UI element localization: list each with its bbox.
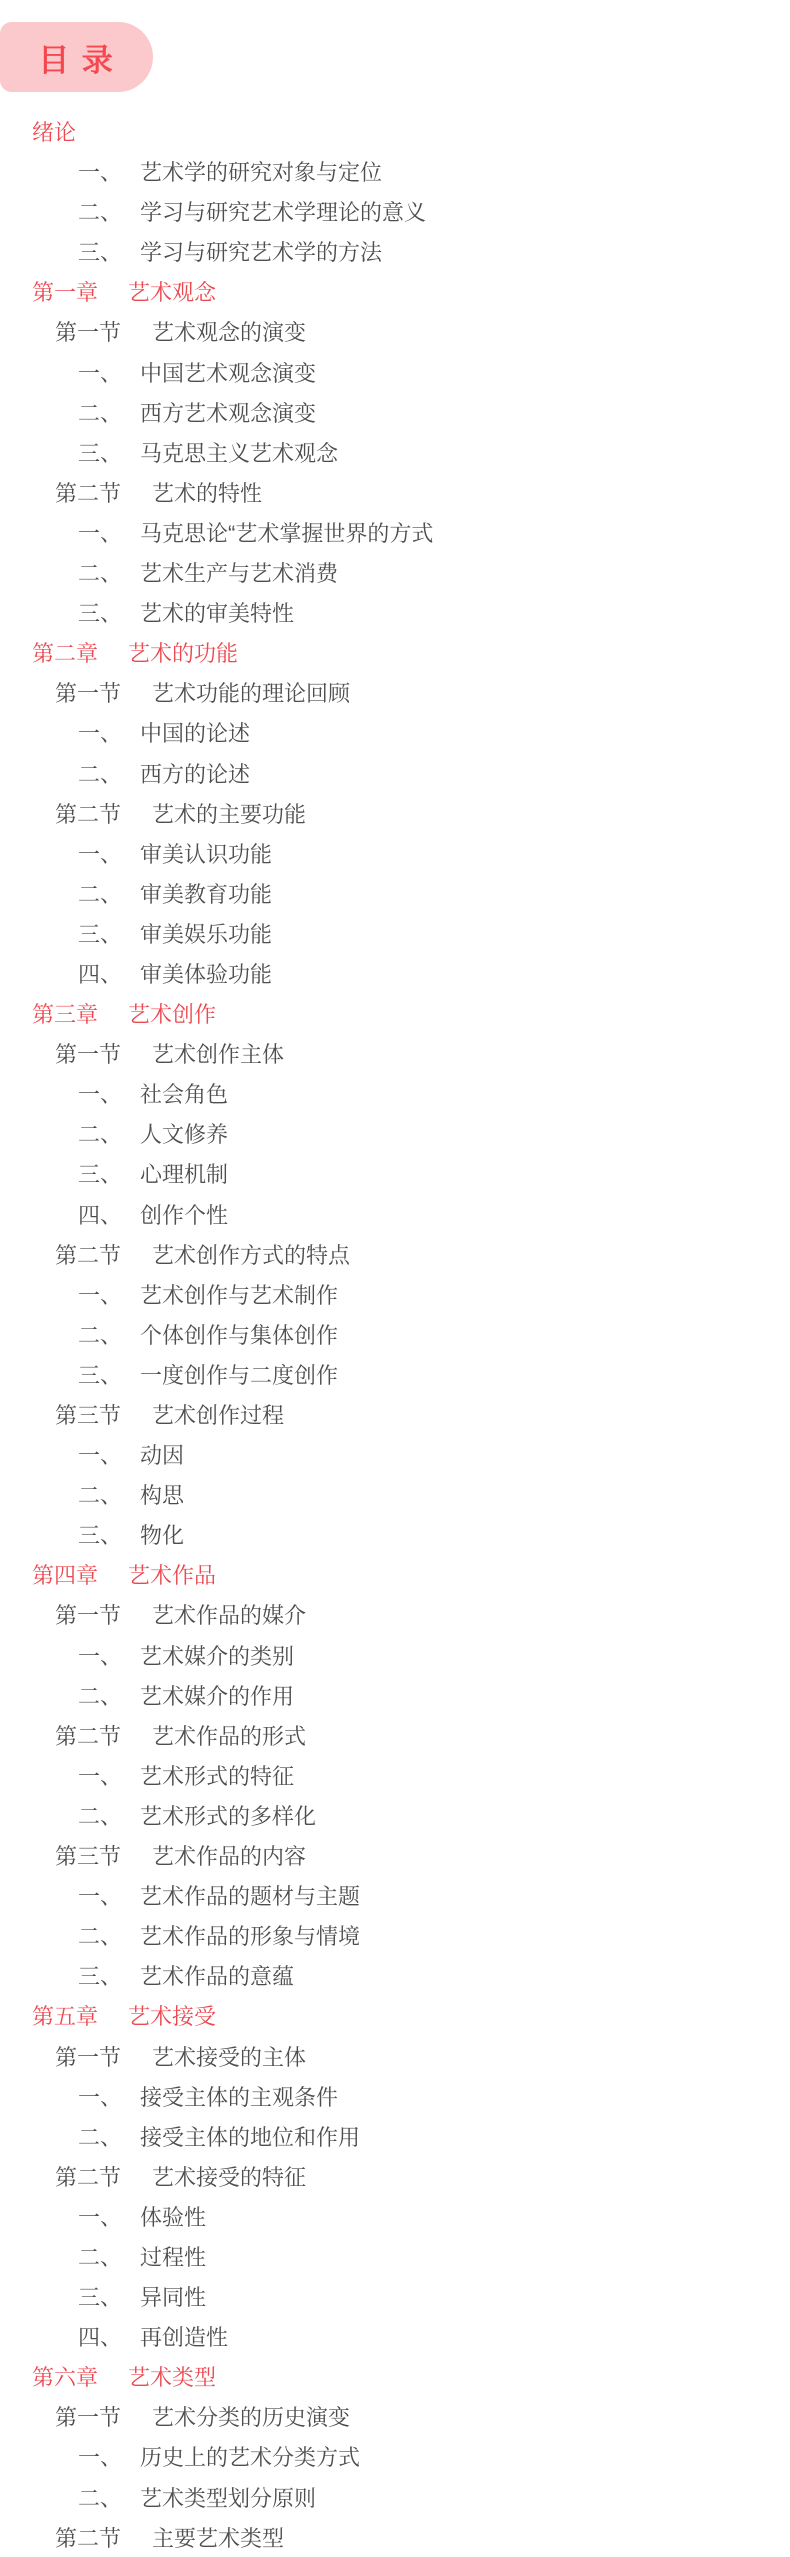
toc-row-section: 第一节艺术创作主体 xyxy=(0,1035,790,1075)
toc-entry-title: 西方艺术观念演变 xyxy=(140,394,316,434)
toc-row-item: 二、艺术类型划分原则 xyxy=(0,2479,790,2519)
toc-entry-title: 艺术形式的多样化 xyxy=(140,1797,316,1837)
toc-entry-title: 艺术接受的主体 xyxy=(152,2038,306,2078)
toc-entry-number: 第一章 xyxy=(32,273,128,313)
toc-entry-number: 二、 xyxy=(78,2238,140,2278)
toc-entry-number: 第一节 xyxy=(55,1035,152,1075)
toc-entry-title: 审美认识功能 xyxy=(140,835,272,875)
toc-row-item: 三、心理机制 xyxy=(0,1155,790,1195)
toc-entry-title: 艺术创作与艺术制作 xyxy=(140,1276,338,1316)
toc-entry-number: 三、 xyxy=(78,594,140,634)
toc-entry-number: 二、 xyxy=(78,1476,140,1516)
toc-entry-number: 二、 xyxy=(78,1797,140,1837)
toc-entry-title: 艺术作品的形象与情境 xyxy=(140,1917,360,1957)
toc-row-chapter: 第四章艺术作品 xyxy=(0,1556,790,1596)
toc-entry-title: 艺术的功能 xyxy=(128,634,238,674)
toc-entry-title: 艺术创作主体 xyxy=(152,1035,284,1075)
toc-row-item: 二、过程性 xyxy=(0,2238,790,2278)
toc-row-item: 一、社会角色 xyxy=(0,1075,790,1115)
toc-entry-number: 二、 xyxy=(78,1677,140,1717)
toc-entry-title: 艺术的审美特性 xyxy=(140,594,294,634)
toc-entry-number: 三、 xyxy=(78,233,140,273)
toc-entry-title: 艺术形式的特征 xyxy=(140,1757,294,1797)
toc-entry-number: 第一节 xyxy=(55,674,152,714)
toc-entry-number: 一、 xyxy=(78,2078,140,2118)
toc-entry-title: 马克思论“艺术掌握世界的方式 xyxy=(140,514,433,554)
table-of-contents: 绪论一、艺术学的研究对象与定位二、学习与研究艺术学理论的意义三、学习与研究艺术学… xyxy=(0,113,790,2557)
toc-row-item: 二、接受主体的地位和作用 xyxy=(0,2118,790,2158)
toc-entry-number: 第三节 xyxy=(55,1837,152,1877)
toc-entry-title: 艺术作品的意蕴 xyxy=(140,1957,294,1997)
toc-entry-title: 西方的论述 xyxy=(140,755,250,795)
toc-entry-number: 二、 xyxy=(78,875,140,915)
toc-entry-title: 人文修养 xyxy=(140,1115,228,1155)
toc-entry-number: 第三章 xyxy=(32,995,128,1035)
toc-row-item: 一、体验性 xyxy=(0,2198,790,2238)
toc-entry-title: 学习与研究艺术学的方法 xyxy=(140,233,382,273)
toc-entry-title: 艺术创作 xyxy=(128,995,216,1035)
toc-entry-number: 一、 xyxy=(78,1075,140,1115)
toc-header-pill: 目 录 xyxy=(0,22,153,92)
toc-entry-number: 一、 xyxy=(78,835,140,875)
toc-entry-title: 再创造性 xyxy=(140,2318,228,2358)
toc-entry-number: 一、 xyxy=(78,1436,140,1476)
toc-row-section: 第二节艺术的特性 xyxy=(0,474,790,514)
toc-row-item: 一、艺术学的研究对象与定位 xyxy=(0,153,790,193)
toc-row-section: 第一节艺术作品的媒介 xyxy=(0,1596,790,1636)
toc-row-item: 二、审美教育功能 xyxy=(0,875,790,915)
toc-row-item: 二、艺术媒介的作用 xyxy=(0,1677,790,1717)
toc-row-item: 一、艺术创作与艺术制作 xyxy=(0,1276,790,1316)
toc-row-item: 一、马克思论“艺术掌握世界的方式 xyxy=(0,514,790,554)
toc-entry-title: 构思 xyxy=(140,1476,184,1516)
toc-row-item: 二、人文修养 xyxy=(0,1115,790,1155)
toc-row-section: 第一节艺术接受的主体 xyxy=(0,2038,790,2078)
toc-entry-number: 三、 xyxy=(78,434,140,474)
toc-row-item: 一、中国的论述 xyxy=(0,714,790,754)
toc-entry-number: 二、 xyxy=(78,755,140,795)
toc-entry-title: 艺术作品 xyxy=(128,1556,216,1596)
toc-row-item: 二、个体创作与集体创作 xyxy=(0,1316,790,1356)
toc-row-item: 三、艺术的审美特性 xyxy=(0,594,790,634)
toc-entry-title: 艺术类型划分原则 xyxy=(140,2479,316,2519)
toc-entry-title: 中国的论述 xyxy=(140,714,250,754)
toc-entry-title: 社会角色 xyxy=(140,1075,228,1115)
toc-entry-title: 学习与研究艺术学理论的意义 xyxy=(140,193,426,233)
toc-entry-number: 第二节 xyxy=(55,2519,152,2557)
toc-entry-number: 第一节 xyxy=(55,2038,152,2078)
toc-entry-number: 三、 xyxy=(78,1957,140,1997)
toc-entry-number: 一、 xyxy=(78,354,140,394)
toc-entry-title: 动因 xyxy=(140,1436,184,1476)
toc-row-section: 第二节艺术接受的特征 xyxy=(0,2158,790,2198)
toc-entry-title: 物化 xyxy=(140,1516,184,1556)
toc-row-chapter: 第六章艺术类型 xyxy=(0,2358,790,2398)
toc-entry-title: 艺术的特性 xyxy=(152,474,262,514)
toc-entry-number: 一、 xyxy=(78,1877,140,1917)
toc-entry-number: 一、 xyxy=(78,2438,140,2478)
toc-row-item: 三、一度创作与二度创作 xyxy=(0,1356,790,1396)
toc-entry-title: 个体创作与集体创作 xyxy=(140,1316,338,1356)
toc-entry-number: 第五章 xyxy=(32,1997,128,2037)
toc-row-item: 一、接受主体的主观条件 xyxy=(0,2078,790,2118)
toc-entry-title: 接受主体的地位和作用 xyxy=(140,2118,360,2158)
toc-entry-number: 第六章 xyxy=(32,2358,128,2398)
toc-entry-title: 艺术学的研究对象与定位 xyxy=(140,153,382,193)
toc-entry-number: 二、 xyxy=(78,1917,140,1957)
toc-entry-number: 第二节 xyxy=(55,2158,152,2198)
toc-entry-title: 创作个性 xyxy=(140,1196,228,1236)
toc-entry-title: 艺术媒介的作用 xyxy=(140,1677,294,1717)
toc-entry-number: 三、 xyxy=(78,1516,140,1556)
toc-entry-title: 主要艺术类型 xyxy=(152,2519,284,2557)
toc-entry-number: 一、 xyxy=(78,714,140,754)
toc-row-item: 四、审美体验功能 xyxy=(0,955,790,995)
toc-row-item: 一、动因 xyxy=(0,1436,790,1476)
toc-entry-title: 艺术作品的题材与主题 xyxy=(140,1877,360,1917)
toc-row-item: 二、西方的论述 xyxy=(0,755,790,795)
toc-entry-title: 中国艺术观念演变 xyxy=(140,354,316,394)
toc-row-section: 第三节艺术作品的内容 xyxy=(0,1837,790,1877)
toc-entry-title: 艺术分类的历史演变 xyxy=(152,2398,350,2438)
toc-row-section: 第二节艺术的主要功能 xyxy=(0,795,790,835)
toc-entry-title: 艺术生产与艺术消费 xyxy=(140,554,338,594)
toc-row-item: 二、艺术作品的形象与情境 xyxy=(0,1917,790,1957)
toc-entry-title: 艺术作品的媒介 xyxy=(152,1596,306,1636)
toc-entry-number: 一、 xyxy=(78,2198,140,2238)
toc-entry-number: 三、 xyxy=(78,1356,140,1396)
toc-row-item: 一、中国艺术观念演变 xyxy=(0,354,790,394)
toc-entry-number: 二、 xyxy=(78,193,140,233)
toc-row-item: 二、艺术生产与艺术消费 xyxy=(0,554,790,594)
toc-row-item: 四、再创造性 xyxy=(0,2318,790,2358)
toc-entry-title: 过程性 xyxy=(140,2238,206,2278)
toc-row-item: 一、历史上的艺术分类方式 xyxy=(0,2438,790,2478)
toc-entry-number: 一、 xyxy=(78,1276,140,1316)
toc-row-section: 第一节艺术分类的历史演变 xyxy=(0,2398,790,2438)
toc-row-item: 一、艺术作品的题材与主题 xyxy=(0,1877,790,1917)
toc-entry-title: 接受主体的主观条件 xyxy=(140,2078,338,2118)
toc-entry-number: 一、 xyxy=(78,1757,140,1797)
toc-entry-title: 异同性 xyxy=(140,2278,206,2318)
toc-entry-number: 二、 xyxy=(78,394,140,434)
toc-entry-number: 三、 xyxy=(78,2278,140,2318)
toc-entry-title: 艺术观念的演变 xyxy=(152,313,306,353)
toc-row-section: 第一节艺术观念的演变 xyxy=(0,313,790,353)
toc-entry-title: 心理机制 xyxy=(140,1155,228,1195)
toc-row-item: 二、艺术形式的多样化 xyxy=(0,1797,790,1837)
toc-row-item: 一、艺术媒介的类别 xyxy=(0,1637,790,1677)
toc-entry-title: 艺术功能的理论回顾 xyxy=(152,674,350,714)
toc-entry-number: 第一节 xyxy=(55,313,152,353)
toc-entry-title: 绪论 xyxy=(32,113,76,153)
toc-row-section: 第三节艺术创作过程 xyxy=(0,1396,790,1436)
toc-entry-title: 审美体验功能 xyxy=(140,955,272,995)
toc-row-item: 三、艺术作品的意蕴 xyxy=(0,1957,790,1997)
toc-entry-number: 四、 xyxy=(78,955,140,995)
toc-entry-number: 三、 xyxy=(78,915,140,955)
toc-row-item: 二、学习与研究艺术学理论的意义 xyxy=(0,193,790,233)
toc-entry-number: 第二节 xyxy=(55,474,152,514)
toc-entry-number: 一、 xyxy=(78,153,140,193)
toc-entry-number: 第一节 xyxy=(55,2398,152,2438)
toc-entry-number: 二、 xyxy=(78,1316,140,1356)
toc-row-section: 第二节艺术创作方式的特点 xyxy=(0,1236,790,1276)
toc-row-item: 三、学习与研究艺术学的方法 xyxy=(0,233,790,273)
toc-entry-number: 一、 xyxy=(78,514,140,554)
toc-row-chapter: 第五章艺术接受 xyxy=(0,1997,790,2037)
toc-row-section: 第二节主要艺术类型 xyxy=(0,2519,790,2557)
toc-entry-number: 二、 xyxy=(78,1115,140,1155)
toc-entry-title: 艺术作品的形式 xyxy=(152,1717,306,1757)
toc-entry-number: 四、 xyxy=(78,1196,140,1236)
toc-entry-title: 一度创作与二度创作 xyxy=(140,1356,338,1396)
toc-entry-number: 二、 xyxy=(78,2118,140,2158)
toc-entry-title: 艺术观念 xyxy=(128,273,216,313)
toc-entry-number: 第二节 xyxy=(55,1717,152,1757)
toc-entry-title: 艺术媒介的类别 xyxy=(140,1637,294,1677)
toc-row-chapter: 第三章艺术创作 xyxy=(0,995,790,1035)
toc-entry-number: 第二节 xyxy=(55,795,152,835)
toc-entry-title: 艺术接受的特征 xyxy=(152,2158,306,2198)
toc-row-item: 三、异同性 xyxy=(0,2278,790,2318)
toc-entry-number: 第四章 xyxy=(32,1556,128,1596)
toc-row-section: 第一节艺术功能的理论回顾 xyxy=(0,674,790,714)
toc-entry-title: 马克思主义艺术观念 xyxy=(140,434,338,474)
toc-entry-number: 第三节 xyxy=(55,1396,152,1436)
toc-row-item: 三、马克思主义艺术观念 xyxy=(0,434,790,474)
toc-row-chapter: 绪论 xyxy=(0,113,790,153)
toc-entry-number: 二、 xyxy=(78,554,140,594)
toc-entry-number: 四、 xyxy=(78,2318,140,2358)
toc-entry-number: 一、 xyxy=(78,1637,140,1677)
toc-entry-title: 艺术类型 xyxy=(128,2358,216,2398)
toc-row-item: 三、审美娱乐功能 xyxy=(0,915,790,955)
toc-entry-number: 第二节 xyxy=(55,1236,152,1276)
page-title: 目 录 xyxy=(38,35,115,80)
toc-row-item: 四、创作个性 xyxy=(0,1196,790,1236)
toc-entry-title: 历史上的艺术分类方式 xyxy=(140,2438,360,2478)
toc-entry-title: 体验性 xyxy=(140,2198,206,2238)
toc-entry-number: 二、 xyxy=(78,2479,140,2519)
toc-entry-title: 艺术创作过程 xyxy=(152,1396,284,1436)
toc-row-item: 一、审美认识功能 xyxy=(0,835,790,875)
toc-entry-title: 审美娱乐功能 xyxy=(140,915,272,955)
toc-entry-number: 三、 xyxy=(78,1155,140,1195)
toc-entry-title: 艺术创作方式的特点 xyxy=(152,1236,350,1276)
toc-row-item: 二、西方艺术观念演变 xyxy=(0,394,790,434)
toc-row-section: 第二节艺术作品的形式 xyxy=(0,1717,790,1757)
toc-row-item: 一、艺术形式的特征 xyxy=(0,1757,790,1797)
toc-row-item: 二、构思 xyxy=(0,1476,790,1516)
toc-entry-title: 艺术作品的内容 xyxy=(152,1837,306,1877)
toc-row-chapter: 第一章艺术观念 xyxy=(0,273,790,313)
toc-row-item: 三、物化 xyxy=(0,1516,790,1556)
toc-entry-title: 审美教育功能 xyxy=(140,875,272,915)
toc-entry-number: 第一节 xyxy=(55,1596,152,1636)
toc-row-chapter: 第二章艺术的功能 xyxy=(0,634,790,674)
toc-entry-title: 艺术的主要功能 xyxy=(152,795,306,835)
toc-entry-title: 艺术接受 xyxy=(128,1997,216,2037)
toc-entry-number: 第二章 xyxy=(32,634,128,674)
